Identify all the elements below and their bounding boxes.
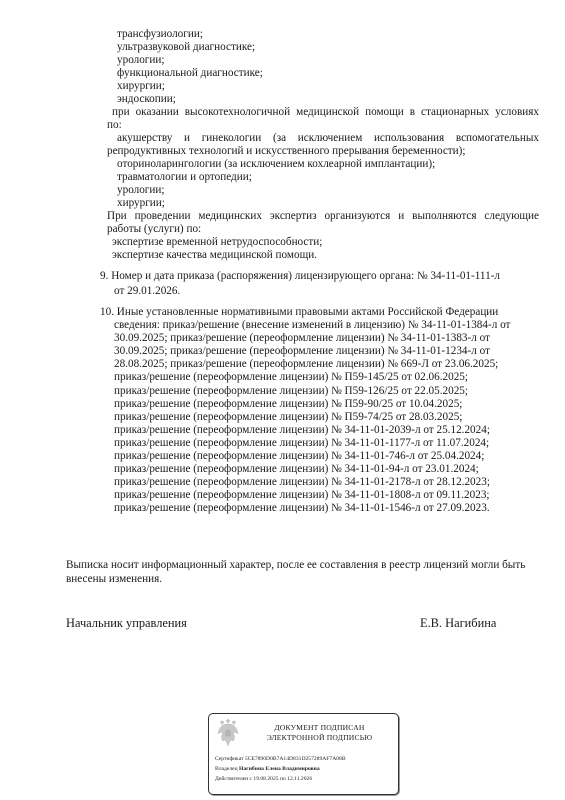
- item-10-heading: 10. Иные установленные нормативными прав…: [100, 306, 498, 319]
- high-tech-intro: при оказании высокотехнологичной медицин…: [112, 106, 539, 119]
- item-10-line: сведения: приказ/решение (внесение измен…: [114, 319, 510, 332]
- coat-of-arms-icon: [217, 718, 239, 748]
- item-10-line: приказ/решение (переоформление лицензии)…: [114, 463, 479, 476]
- item-10-line: 30.09.2025; приказ/решение (переоформлен…: [114, 345, 490, 358]
- list-item: хирургии;: [117, 80, 165, 93]
- item-10-line: 28.08.2025; приказ/решение (переоформлен…: [114, 358, 498, 371]
- list-item: урологии;: [117, 54, 164, 67]
- list-item: репродуктивных технологий и искусственно…: [107, 145, 466, 158]
- stamp-validity: Действителен с 19.08.2025 по 12.11.2026: [215, 775, 312, 783]
- list-item: эндоскопии;: [117, 93, 176, 106]
- list-item: акушерству и гинекологии (за исключением…: [117, 132, 539, 145]
- high-tech-intro-cont: по:: [107, 119, 122, 132]
- list-item: хирургии;: [117, 197, 165, 210]
- disclaimer-cont: внесены изменения.: [66, 573, 162, 586]
- stamp-owner: Владелец Нагибина Елена Владимировна: [215, 765, 320, 773]
- list-item: оториноларингологии (за исключением кохл…: [117, 158, 435, 171]
- certificate-label: Сертификат: [215, 756, 243, 762]
- expertise-intro-cont: работы (услуги) по:: [107, 223, 201, 236]
- item-10-line: приказ/решение (переоформление лицензии)…: [114, 450, 484, 463]
- item-10-line: приказ/решение (переоформление лицензии)…: [114, 385, 468, 398]
- signatory-position: Начальник управления: [66, 617, 187, 630]
- item-9-date: от 29.01.2026.: [114, 285, 180, 298]
- list-item: урологии;: [117, 184, 164, 197]
- electronic-signature-stamp: ДОКУМЕНТ ПОДПИСАН ЭЛЕКТРОННОЙ ПОДПИСЬЮ С…: [208, 713, 399, 795]
- owner-label: Владелец: [215, 766, 238, 772]
- list-item: экспертизе временной нетрудоспособности;: [112, 236, 322, 249]
- disclaimer: Выписка носит информационный характер, п…: [66, 559, 525, 572]
- list-item: ультразвуковой диагностике;: [117, 41, 255, 54]
- item-10-line: приказ/решение (переоформление лицензии)…: [114, 437, 489, 450]
- item-10-line: приказ/решение (переоформление лицензии)…: [114, 502, 490, 515]
- item-10-line: приказ/решение (переоформление лицензии)…: [114, 398, 462, 411]
- item-9-heading: 9. Номер и дата приказа (распоряжения) л…: [100, 270, 500, 283]
- list-item: экспертизе качества медицинской помощи.: [112, 249, 317, 262]
- item-10-line: приказ/решение (переоформление лицензии)…: [114, 489, 490, 502]
- list-item: трансфузиологии;: [117, 28, 203, 41]
- list-item: функциональной диагностике;: [117, 67, 263, 80]
- item-10-line: приказ/решение (переоформление лицензии)…: [114, 424, 490, 437]
- stamp-title-line: ЭЛЕКТРОННОЙ ПОДПИСЬЮ: [245, 733, 394, 743]
- expertise-intro: При проведении медицинских экспертиз орг…: [107, 210, 539, 223]
- signatory-name: Е.В. Нагибина: [420, 617, 496, 630]
- stamp-title-line: ДОКУМЕНТ ПОДПИСАН: [245, 723, 394, 733]
- certificate-value: 5CE7890D0B7A14D831D257289AF7A08B: [245, 756, 346, 762]
- list-item: травматологии и ортопедии;: [117, 171, 252, 184]
- item-10-line: приказ/решение (переоформление лицензии)…: [114, 371, 468, 384]
- owner-value: Нагибина Елена Владимировна: [239, 766, 320, 772]
- stamp-title: ДОКУМЕНТ ПОДПИСАН ЭЛЕКТРОННОЙ ПОДПИСЬЮ: [245, 723, 394, 743]
- item-10-line: приказ/решение (переоформление лицензии)…: [114, 476, 490, 489]
- stamp-certificate: Сертификат 5CE7890D0B7A14D831D257289AF7A…: [215, 755, 346, 763]
- item-10-line: 30.09.2025; приказ/решение (переоформлен…: [114, 332, 490, 345]
- item-10-line: приказ/решение (переоформление лицензии)…: [114, 411, 462, 424]
